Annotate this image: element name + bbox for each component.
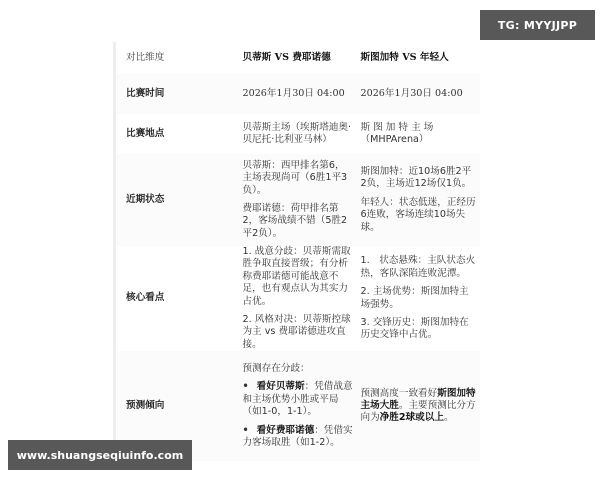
match2-prediction: 预测高度一致看好斯图加特主场大胜。主要预测比分方向为净胜2球或以上。 (359, 351, 480, 461)
row-label: 近期状态 (115, 154, 241, 246)
table-row-venue: 比赛地点 贝蒂斯主场（埃斯塔迪奥·贝尼托·比利亚马林） 斯 图 加 特 主 场 … (115, 114, 480, 154)
form-text: 斯图加特：近10场6胜2平2负，主场近12场仅1负。 (361, 166, 477, 191)
match1-prediction: 预测存在分歧： •看好贝蒂斯：凭借战意和主场优势小胜或平局（如1-0，1-1）。… (241, 351, 359, 461)
prediction-text: 预测高度一致看好 (361, 388, 438, 399)
form-text: 贝蒂斯：西甲排名第6，主场表现尚可（6胜1平3负）。 (243, 160, 355, 197)
row-label: 比赛时间 (115, 74, 241, 114)
bullet-icon: • (243, 425, 249, 436)
bullet-icon: • (243, 381, 249, 392)
match1-form: 贝蒂斯：西甲排名第6，主场表现尚可（6胜1平3负）。 费耶诺德：荷甲排名第2，客… (241, 154, 359, 246)
highlight-text: 2. 主场优势：斯图加特主场强势。 (361, 286, 477, 311)
prediction-item-title: 看好贝蒂斯 (257, 381, 305, 392)
match2-highlights: 1. 状态悬殊：主队状态火热，客队深陷连败泥潭。 2. 主场优势：斯图加特主场强… (359, 246, 480, 351)
form-text: 年轻人：状态低迷，正经历6连败，客场连续10场失球。 (361, 197, 477, 234)
row-label: 比赛地点 (115, 114, 241, 154)
highlight-text: 1. 状态悬殊：主队状态火热，客队深陷连败泥潭。 (361, 255, 477, 280)
prediction-emphasis: 净胜2球或以上 (380, 412, 444, 423)
header-match2: 斯图加特 VS 年轻人 (359, 42, 480, 74)
match2-time: 2026年1月30日 04:00 (359, 74, 480, 114)
prediction-text: 。 (444, 412, 454, 423)
telegram-watermark: TG: MYYJJPP (480, 10, 595, 40)
header-match1: 贝蒂斯 VS 费耶诺德 (241, 42, 359, 74)
prediction-item: •看好费耶诺德：凭借实力客场取胜（如1-2）。 (243, 425, 356, 450)
table-row-highlights: 核心看点 1. 战意分歧：贝蒂斯需取胜争取直接晋级；有分析称费耶诺德可能战意不足… (115, 246, 480, 351)
match2-form: 斯图加特：近10场6胜2平2负，主场近12场仅1负。 年轻人：状态低迷，正经历6… (359, 154, 480, 246)
prediction-summary: 预测高度一致看好斯图加特主场大胜。主要预测比分方向为净胜2球或以上。 (361, 388, 477, 425)
highlight-text: 2. 风格对决：贝蒂斯控球为主 vs 费耶诺德进攻直接。 (243, 314, 355, 351)
prediction-item: •看好贝蒂斯：凭借战意和主场优势小胜或平局（如1-0，1-1）。 (243, 381, 356, 418)
form-text: 费耶诺德：荷甲排名第2，客场战绩不错（5胜2平2负）。 (243, 203, 355, 240)
comparison-document: 对比维度 贝蒂斯 VS 费耶诺德 斯图加特 VS 年轻人 比赛时间 2026年1… (113, 42, 478, 461)
prediction-item-title: 看好费耶诺德 (257, 425, 315, 436)
comparison-table: 对比维度 贝蒂斯 VS 费耶诺德 斯图加特 VS 年轻人 比赛时间 2026年1… (113, 42, 480, 461)
prediction-intro: 预测存在分歧： (243, 363, 356, 375)
row-label: 核心看点 (115, 246, 241, 351)
match1-venue: 贝蒂斯主场（埃斯塔迪奥·贝尼托·比利亚马林） (241, 114, 359, 154)
table-header-row: 对比维度 贝蒂斯 VS 费耶诺德 斯图加特 VS 年轻人 (115, 42, 480, 74)
match1-highlights: 1. 战意分歧：贝蒂斯需取胜争取直接晋级；有分析称费耶诺德可能战意不足，也有观点… (241, 246, 359, 351)
highlight-text: 1. 战意分歧：贝蒂斯需取胜争取直接晋级；有分析称费耶诺德可能战意不足，也有观点… (243, 246, 355, 308)
highlight-text: 3. 交锋历史：斯图加特在历史交锋中占优。 (361, 317, 477, 342)
website-watermark: www.shuangseqiuinfo.com (8, 440, 192, 470)
table-row-time: 比赛时间 2026年1月30日 04:00 2026年1月30日 04:00 (115, 74, 480, 114)
match2-venue: 斯 图 加 特 主 场 （MHPArena） (359, 114, 480, 154)
match1-time: 2026年1月30日 04:00 (241, 74, 359, 114)
table-row-form: 近期状态 贝蒂斯：西甲排名第6，主场表现尚可（6胜1平3负）。 费耶诺德：荷甲排… (115, 154, 480, 246)
header-dimension: 对比维度 (115, 42, 241, 74)
